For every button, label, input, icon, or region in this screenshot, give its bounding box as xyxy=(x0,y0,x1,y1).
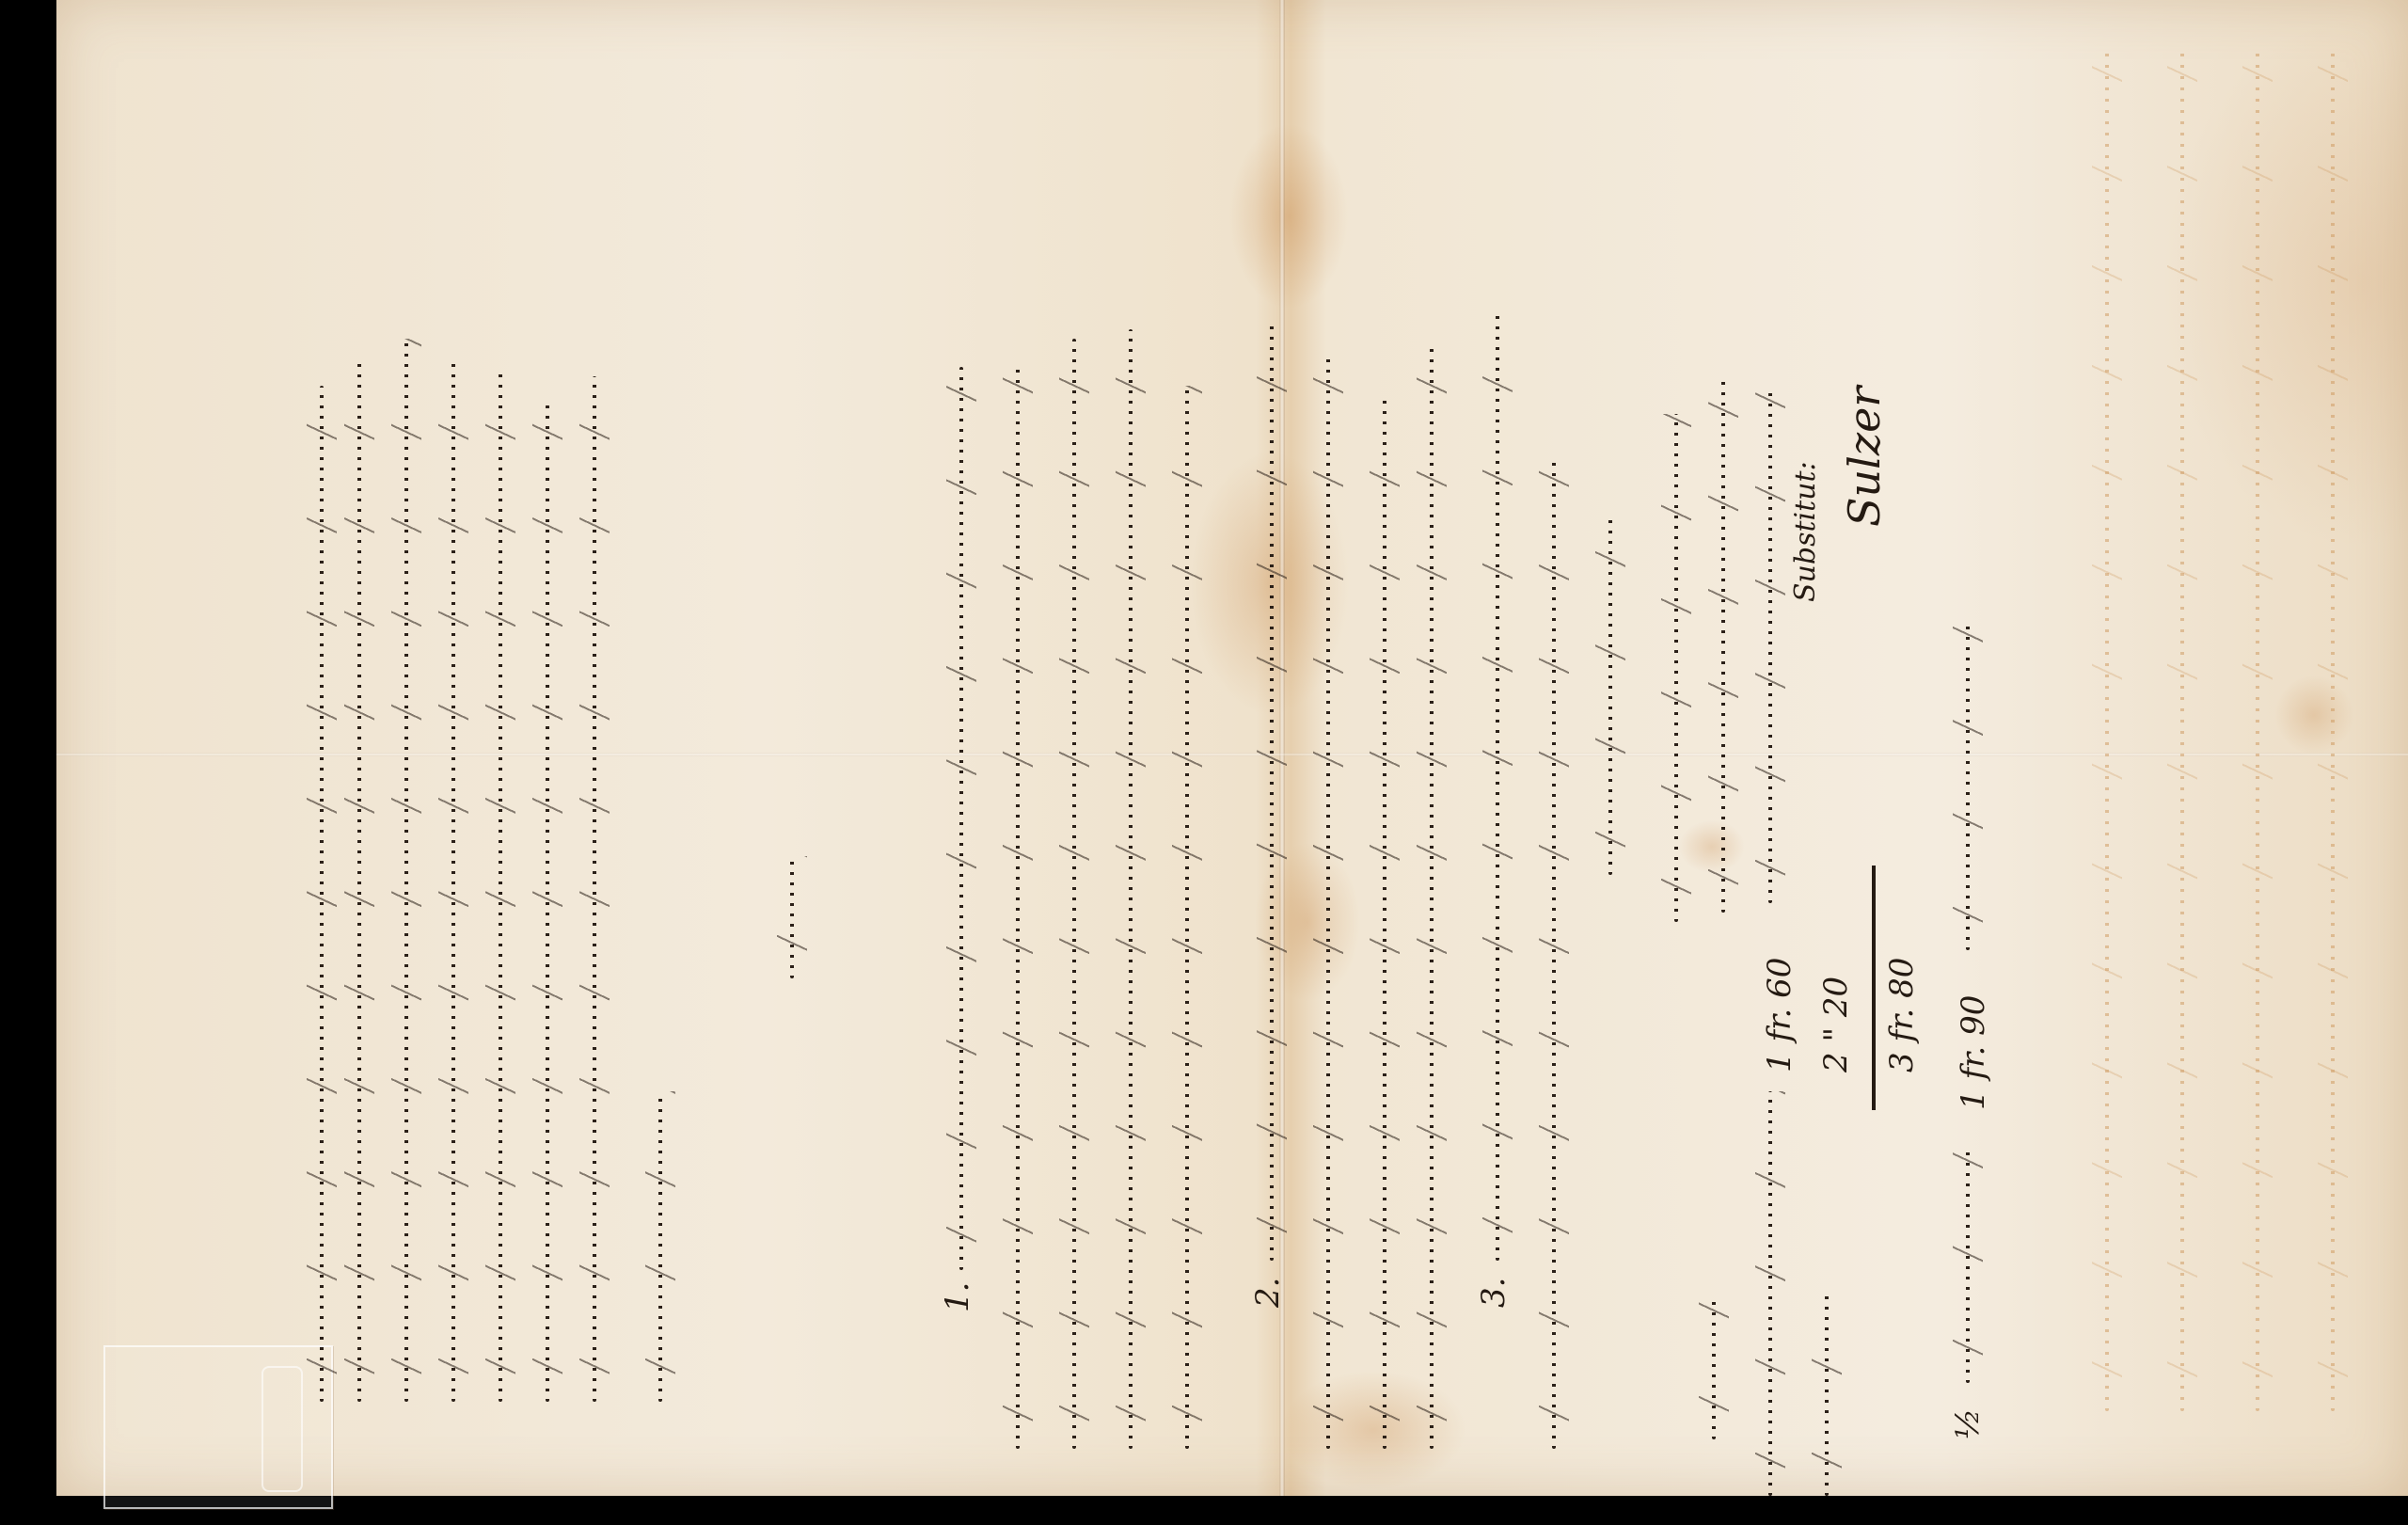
handwritten-line xyxy=(388,339,425,1402)
handwritten-line xyxy=(1949,621,1987,950)
signature-title: Substitut: xyxy=(1789,461,1822,602)
sum-rule xyxy=(1872,866,1876,1110)
item-marker: 1. xyxy=(939,1282,976,1312)
item-marker: 3. xyxy=(1475,1278,1513,1308)
item-marker: 2. xyxy=(1249,1278,1287,1308)
tally-amount: 2 " 20 xyxy=(1817,977,1855,1072)
handwritten-line xyxy=(1309,357,1347,1449)
handwritten-line xyxy=(1535,461,1573,1449)
half-fraction: ½ xyxy=(1949,1408,1987,1439)
half-label xyxy=(1949,1148,1987,1383)
tally-row-label xyxy=(1751,1091,1789,1496)
handwritten-line xyxy=(529,405,566,1402)
handwritten-line xyxy=(773,856,811,978)
handwritten-line xyxy=(435,357,472,1402)
document-page: 1. 2. 3. Substitut: Sulzer 1 fr. 60 2 " … xyxy=(56,0,2408,1496)
tally-row-label xyxy=(1808,1289,1846,1496)
handwritten-line xyxy=(1751,386,1789,903)
handwritten-line xyxy=(1168,386,1206,1449)
signature-name: Sulzer xyxy=(1839,387,1890,527)
bleed-through-line xyxy=(2239,47,2276,1411)
tally-heading xyxy=(1695,1298,1733,1439)
handwritten-line xyxy=(341,357,378,1402)
handwritten-line xyxy=(943,367,980,1270)
handwritten-line xyxy=(642,1091,679,1402)
handwritten-line xyxy=(1479,310,1516,1261)
handwritten-line xyxy=(482,367,519,1402)
handwritten-line xyxy=(1413,348,1450,1449)
handwritten-line xyxy=(1253,320,1291,1261)
handwritten-line xyxy=(303,386,341,1402)
embossed-stamp xyxy=(103,1345,333,1509)
handwritten-line xyxy=(1112,329,1149,1449)
bleed-through-line xyxy=(2163,47,2201,1411)
bleed-through-line xyxy=(2314,47,2352,1411)
handwritten-line xyxy=(1055,339,1093,1449)
handwritten-line xyxy=(1592,517,1629,875)
handwritten-line xyxy=(1366,395,1403,1449)
handwritten-line xyxy=(1657,414,1695,922)
tally-amount: 1 fr. 60 xyxy=(1761,958,1798,1072)
handwritten-line xyxy=(1704,376,1742,913)
handwritten-line xyxy=(576,376,613,1402)
half-amount: 1 fr. 90 xyxy=(1955,995,1992,1110)
bleed-through-line xyxy=(2088,47,2126,1411)
handwritten-line xyxy=(999,367,1037,1449)
tally-total: 3 fr. 80 xyxy=(1883,958,1921,1072)
